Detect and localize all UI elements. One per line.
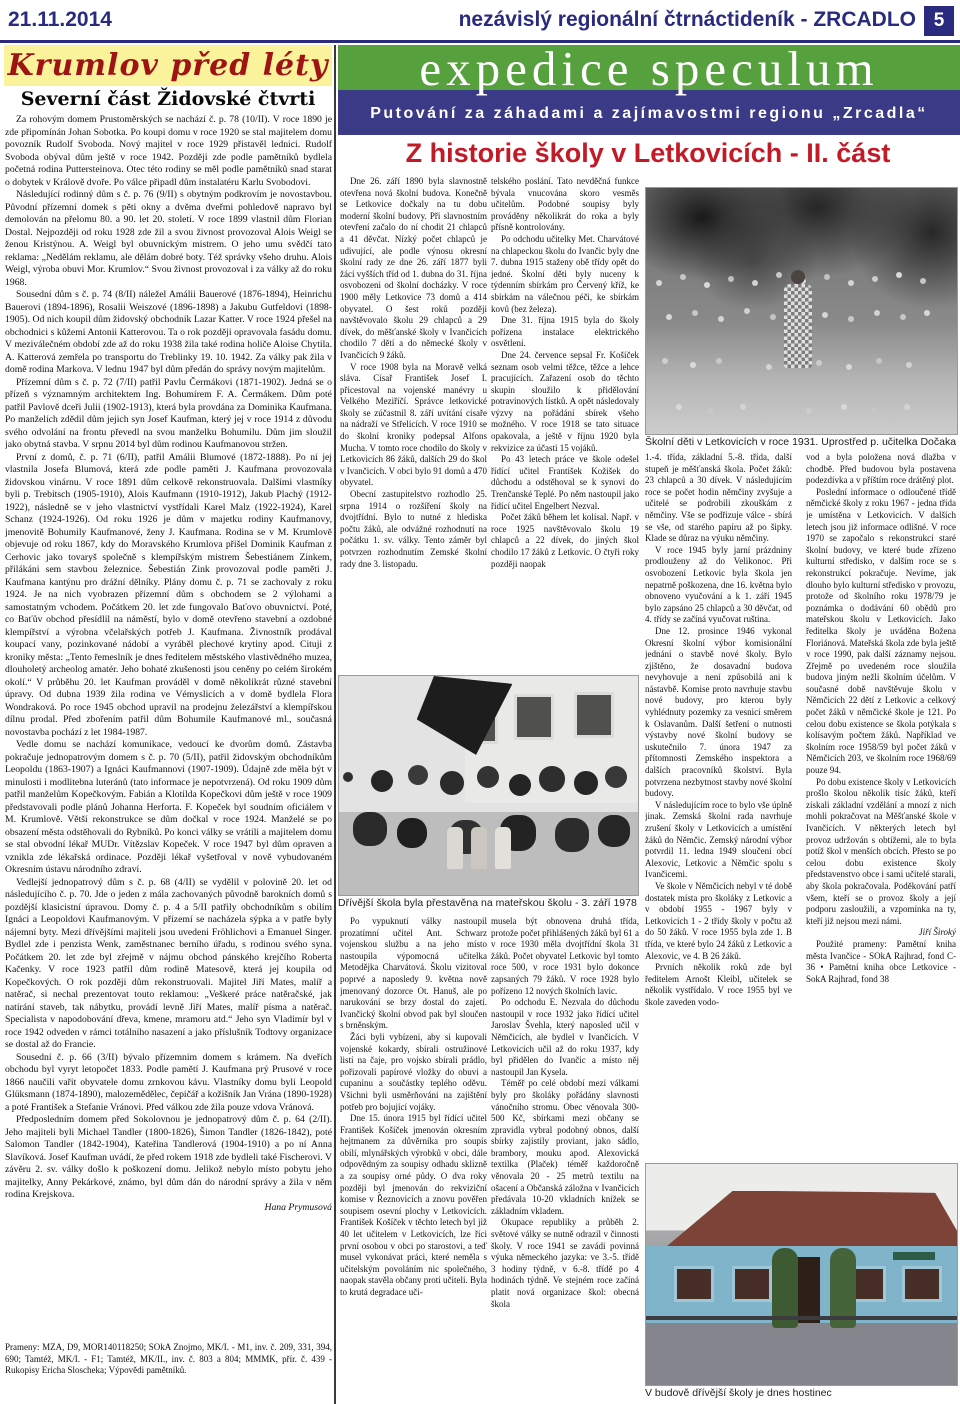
photo-school-children-1931 <box>645 187 958 435</box>
column-2-bottom: musela být obnovena druhá třída, protože… <box>491 916 639 1402</box>
banner-title: expedice speculum <box>340 40 958 98</box>
photo-former-school-pub <box>645 1163 958 1386</box>
photo-window-decor <box>514 694 554 740</box>
paragraph: V následujícím roce to bylo vše úplně ji… <box>645 800 792 881</box>
paragraph: Předposledním domem před Sokolovnou je j… <box>5 1114 332 1202</box>
paragraph: 1.-4. třída, základní 5.-8. třída, další… <box>645 452 792 545</box>
photo-caption: Dřívější škola byla přestavěna na mateřs… <box>338 897 637 909</box>
photo-child-figure <box>471 827 487 869</box>
article-headline: Z historie školy v Letkovicích - II. čás… <box>338 138 958 169</box>
photo-window-decor <box>674 1266 714 1302</box>
paragraph: Vedle domu se nachází komunikace, vedouc… <box>5 739 332 877</box>
paragraph: Okupace republiky a průběh 2. světové vá… <box>491 1217 639 1310</box>
left-article-headline: Severní část Židovské čtvrti <box>4 88 332 110</box>
paragraph: telského poslání. Tato nevděčná funkce b… <box>491 176 639 234</box>
column-1-top: Dne 26. září 1890 byla slavnostně otevře… <box>340 176 487 670</box>
issue-date: 21.11.2014 <box>8 8 112 32</box>
paragraph: V roce 1908 byla na Moravě velká sláva. … <box>340 362 487 490</box>
paragraph: Dne 15. února 1915 byl řídící učitel Fra… <box>340 1113 487 1299</box>
left-section-title: Krumlov před léty <box>8 48 329 83</box>
paragraph: V roce 1945 byly jarní prázdniny prodlou… <box>645 545 792 626</box>
section-divider-line <box>334 45 336 1404</box>
paragraph: vod a byla položena nová dlažba v chodbě… <box>806 452 956 487</box>
paragraph: Žáci byli vybízeni, aby si kupovali voje… <box>340 1032 487 1113</box>
column-2-top: telského poslání. Tato nevděčná funkce b… <box>491 176 639 670</box>
photo-fence-decor <box>646 1316 957 1320</box>
paragraph: Prvních několik roků zde byl ředitelem A… <box>645 962 792 1008</box>
photo-caption: V budově dřívější školy je dnes hostinec <box>645 1387 956 1399</box>
paragraph: Po 43 letech práce ve škole odešel řídíc… <box>491 454 639 512</box>
paragraph: Sousední dům s č. p. 74 (8/II) náležel A… <box>5 289 332 377</box>
author-signature: Hana Prymusová <box>5 1202 332 1215</box>
paragraph: Po dobu existence školy v Letkovicích pr… <box>806 777 956 928</box>
photo-sign-decor <box>893 1252 935 1260</box>
paragraph: Po odchodu učitelky Met. Charvátové na c… <box>491 234 639 315</box>
photo-crowd-decor <box>343 772 353 782</box>
paragraph: Dne 12. prosince 1946 vykonal Okresní šk… <box>645 626 792 800</box>
photo-window-decor <box>732 1266 772 1302</box>
paragraph: Dne 24. července sepsal Fr. Košíček sezn… <box>491 350 639 454</box>
photo-child-figure <box>447 827 463 869</box>
photo-teacher-figure <box>784 284 812 368</box>
column-4: vod a byla položena nová dlažba v chodbě… <box>806 452 956 1160</box>
paragraph: Obecní zastupitelstvo rozhodlo 25. srpna… <box>340 489 487 570</box>
paragraph: Za rohovým domem Prustoměrských se nachá… <box>5 114 332 189</box>
paragraph: Vedlejší jednopatrový dům s č. p. 68 (4/… <box>5 877 332 1052</box>
left-article-body: Za rohovým domem Prustoměrských se nachá… <box>5 114 332 1338</box>
paragraph: První z domů, č. p. 71 (6/II), patřil Am… <box>5 452 332 740</box>
column-1-bottom: Po vypuknutí války nastoupil prozatímní … <box>340 916 487 1402</box>
column-3: 1.-4. třída, základní 5.-8. třída, další… <box>645 452 792 1160</box>
paragraph: Téměř po celé období mezi válkami byly p… <box>491 1078 639 1217</box>
masthead-title: nezávislý regionální čtrnáctideník - ZRC… <box>459 8 916 32</box>
paragraph: Po vypuknutí války nastoupil prozatímní … <box>340 916 487 1032</box>
paragraph: Dne 31. října 1915 byla do školy pořízen… <box>491 315 639 350</box>
photo-school-ceremony-1978 <box>338 675 639 896</box>
page-number-badge: 5 <box>924 6 954 36</box>
paragraph: Ve škole v Němčicích nebyl v té době dos… <box>645 881 792 962</box>
paragraph: Po odchodu E. Nezvala do důchodu nastoup… <box>491 997 639 1078</box>
left-article-sources: Prameny: MZA, D9, MOR140118250; SOkA Zno… <box>5 1342 332 1398</box>
paragraph: Dne 26. září 1890 byla slavnostně otevře… <box>340 176 487 362</box>
photo-roof-decor <box>646 1191 957 1248</box>
paragraph: Poslední informace o odloučené třídě něm… <box>806 487 956 777</box>
left-section-masthead: Krumlov před léty <box>4 45 332 86</box>
paragraph: Následující rodinný dům s č. p. 76 (9/II… <box>5 189 332 289</box>
author-signature: Jiří Široký <box>806 927 956 939</box>
paragraph: musela být obnovena druhá třída, protože… <box>491 916 639 997</box>
photo-window-decor <box>902 1266 942 1302</box>
photo-caption: Školní děti v Letkovicích v roce 1931. U… <box>645 436 956 448</box>
newspaper-page: 21.11.2014 nezávislý regionální čtrnácti… <box>0 0 960 1404</box>
paragraph: Sousední č. p. 66 (3/II) bývalo přízemní… <box>5 1052 332 1115</box>
banner-subtitle: Putování za záhadami a zajímavostmi regi… <box>340 99 958 129</box>
sources-paragraph: Použité prameny: Pamětní kniha města Iva… <box>806 939 956 985</box>
paragraph: Přízemní dům s č. p. 72 (7/II) patřil Pa… <box>5 377 332 452</box>
paragraph: Počet žáků během let kolísal. Např. v ro… <box>491 512 639 570</box>
photo-figures-decor <box>656 280 662 286</box>
photo-child-figure <box>495 827 511 869</box>
photo-window-decor <box>574 692 614 738</box>
